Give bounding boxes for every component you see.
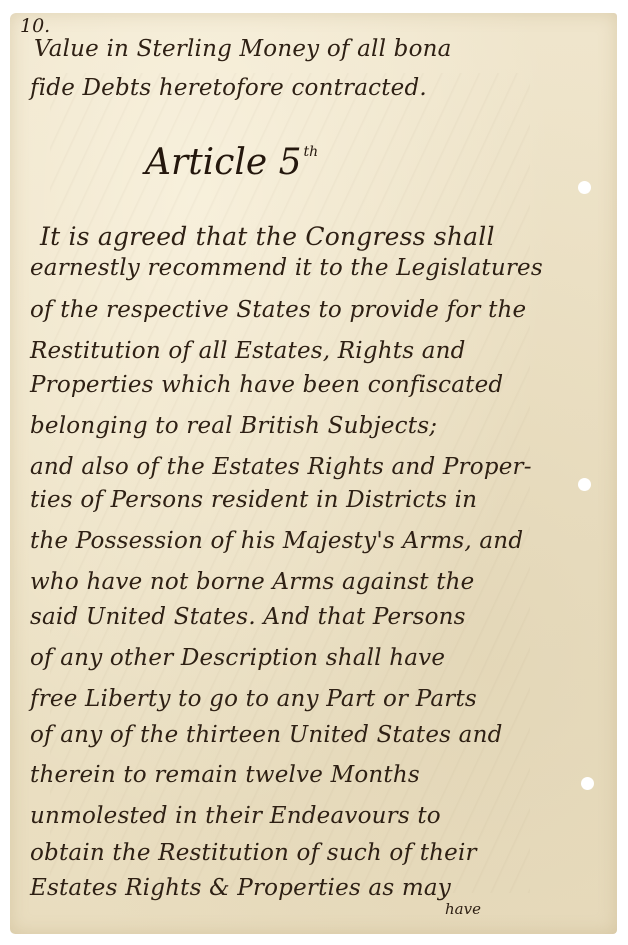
punch-hole-middle xyxy=(578,478,591,491)
text-line: free Liberty to go to any Part or Parts xyxy=(30,686,477,712)
punch-hole-bottom xyxy=(581,777,594,790)
text-line: It is agreed that the Congress shall xyxy=(40,222,495,251)
text-line: unmolested in their Endeavours to xyxy=(30,803,441,829)
text-line: of any other Description shall have xyxy=(30,645,445,671)
text-line: therein to remain twelve Months xyxy=(30,762,420,788)
catchword: have xyxy=(445,900,481,918)
page-number: 10. xyxy=(20,15,50,37)
text-line: of any of the thirteen United States and xyxy=(30,722,503,748)
article-heading: Article 5th xyxy=(145,142,318,183)
text-line: ties of Persons resident in Districts in xyxy=(30,487,477,513)
text-line: belonging to real British Subjects; xyxy=(30,413,437,439)
article-ordinal-suffix: th xyxy=(304,144,319,160)
text-line: Restitution of all Estates, Rights and xyxy=(30,338,466,364)
text-line: who have not borne Arms against the xyxy=(30,569,474,595)
text-line: said United States. And that Persons xyxy=(30,604,466,630)
text-line: and also of the Estates Rights and Prope… xyxy=(30,454,532,480)
punch-hole-top xyxy=(578,181,591,194)
text-line: earnestly recommend it to the Legislatur… xyxy=(30,255,543,281)
text-line: obtain the Restitution of such of their xyxy=(30,840,477,866)
text-line: Estates Rights & Properties as may xyxy=(30,875,451,901)
text-line: fide Debts heretofore contracted. xyxy=(30,75,427,101)
text-line: Value in Sterling Money of all bona xyxy=(34,36,452,62)
text-line: Properties which have been confiscated xyxy=(30,372,503,398)
text-line: of the respective States to provide for … xyxy=(30,297,526,323)
article-title: Article 5 xyxy=(145,142,302,183)
text-line: the Possession of his Majesty's Arms, an… xyxy=(30,528,523,554)
